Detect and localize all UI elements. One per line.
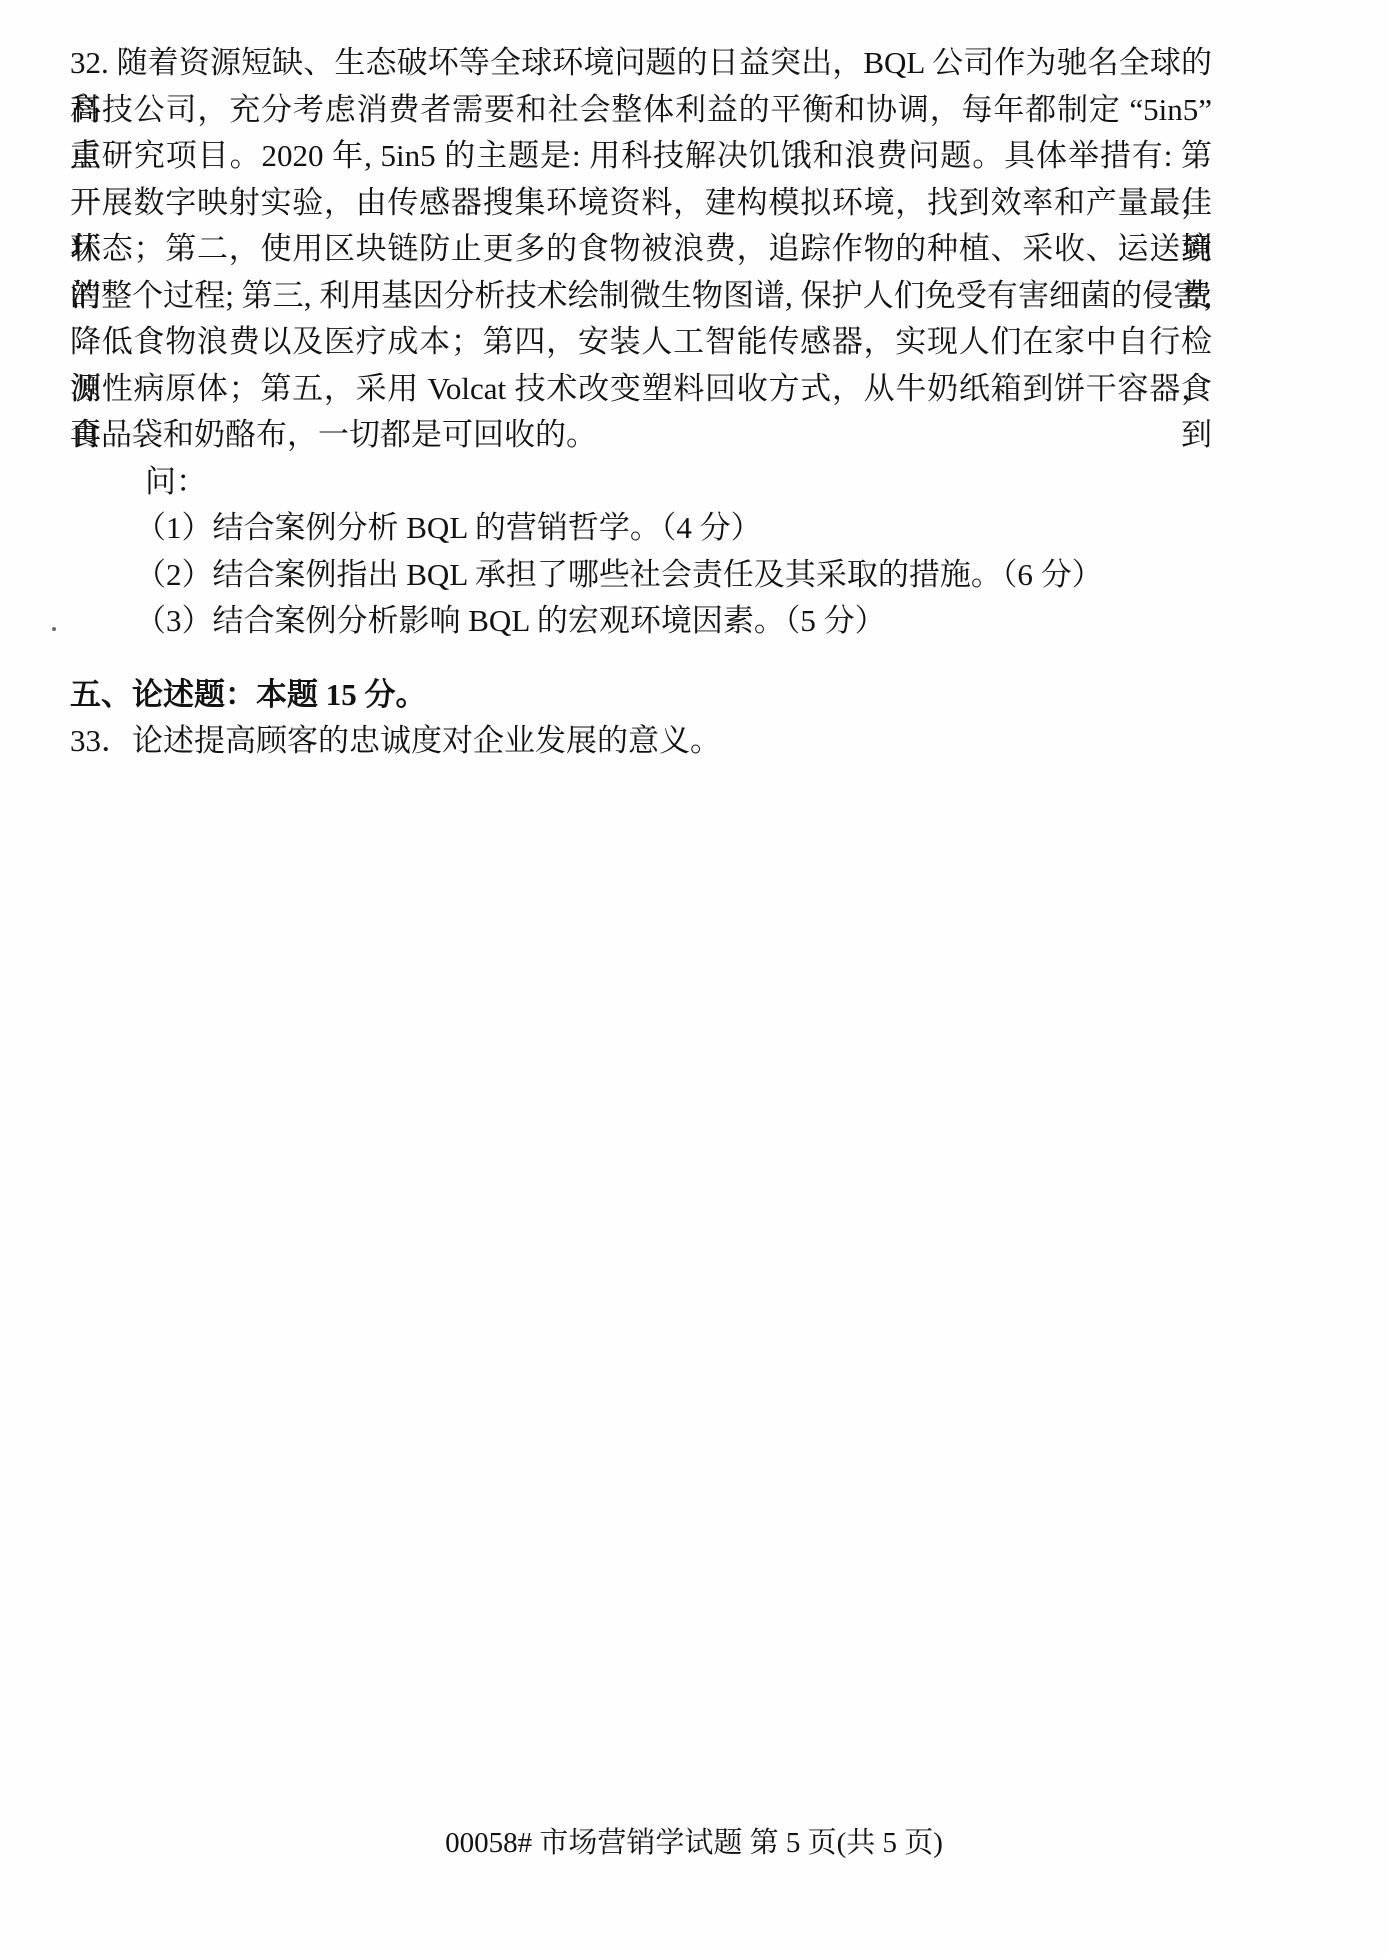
q32-line-1: 32. 随着资源短缺、生态破坏等全球环境问题的日益突出，BQL 公司作为驰名全球… <box>70 40 1212 87</box>
q33-text: 33．论述提高顾客的忠诚度对企业发展的意义。 <box>70 718 1212 765</box>
q32-subquestion-1: （1）结合案例分析 BQL 的营销哲学。（4 分） <box>70 505 1212 552</box>
q32-prompt: 问： <box>70 459 1212 506</box>
q32-line-6: 的整个过程; 第三, 利用基因分析技术绘制微生物图谱, 保护人们免受有害细菌的侵… <box>70 273 1212 320</box>
exam-page: 32. 随着资源短缺、生态破坏等全球环境问题的日益突出，BQL 公司作为驰名全球… <box>0 0 1388 1954</box>
page-footer: 00058# 市场营销学试题 第 5 页(共 5 页) <box>0 1826 1388 1860</box>
q32-line-8: 源性病原体；第五，采用 Volcat 技术改变塑料回收方式，从牛奶纸箱到饼干容器… <box>70 366 1212 413</box>
section5-heading: 五、论述题：本题 15 分。 <box>70 672 1212 719</box>
q32-line-7: 降低食物浪费以及医疗成本；第四，安装人工智能传感器，实现人们在家中自行检测食 <box>70 319 1212 366</box>
q32-line-3: 点研究项目。2020 年, 5in5 的主题是: 用科技解决饥饿和浪费问题。具体… <box>70 133 1212 180</box>
q32-subquestion-3: （3）结合案例分析影响 BQL 的宏观环境因素。（5 分） <box>70 598 1212 645</box>
q32-subquestion-2: （2）结合案例指出 BQL 承担了哪些社会责任及其采取的措施。（6 分） <box>70 552 1212 599</box>
q32-line-4: 开展数字映射实验，由传感器搜集环境资料，建构模拟环境，找到效率和产量最佳环境 <box>70 180 1212 227</box>
q32-line-5: 状态；第二，使用区块链防止更多的食物被浪费，追踪作物的种植、采收、运送到消费 <box>70 226 1212 273</box>
exam-body: 32. 随着资源短缺、生态破坏等全球环境问题的日益突出，BQL 公司作为驰名全球… <box>70 40 1212 765</box>
section-gap <box>70 645 1212 672</box>
scan-speck <box>52 627 56 631</box>
q32-line-2: 科技公司，充分考虑消费者需要和社会整体利益的平衡和协调，每年都制定 “5in5”… <box>70 87 1212 134</box>
